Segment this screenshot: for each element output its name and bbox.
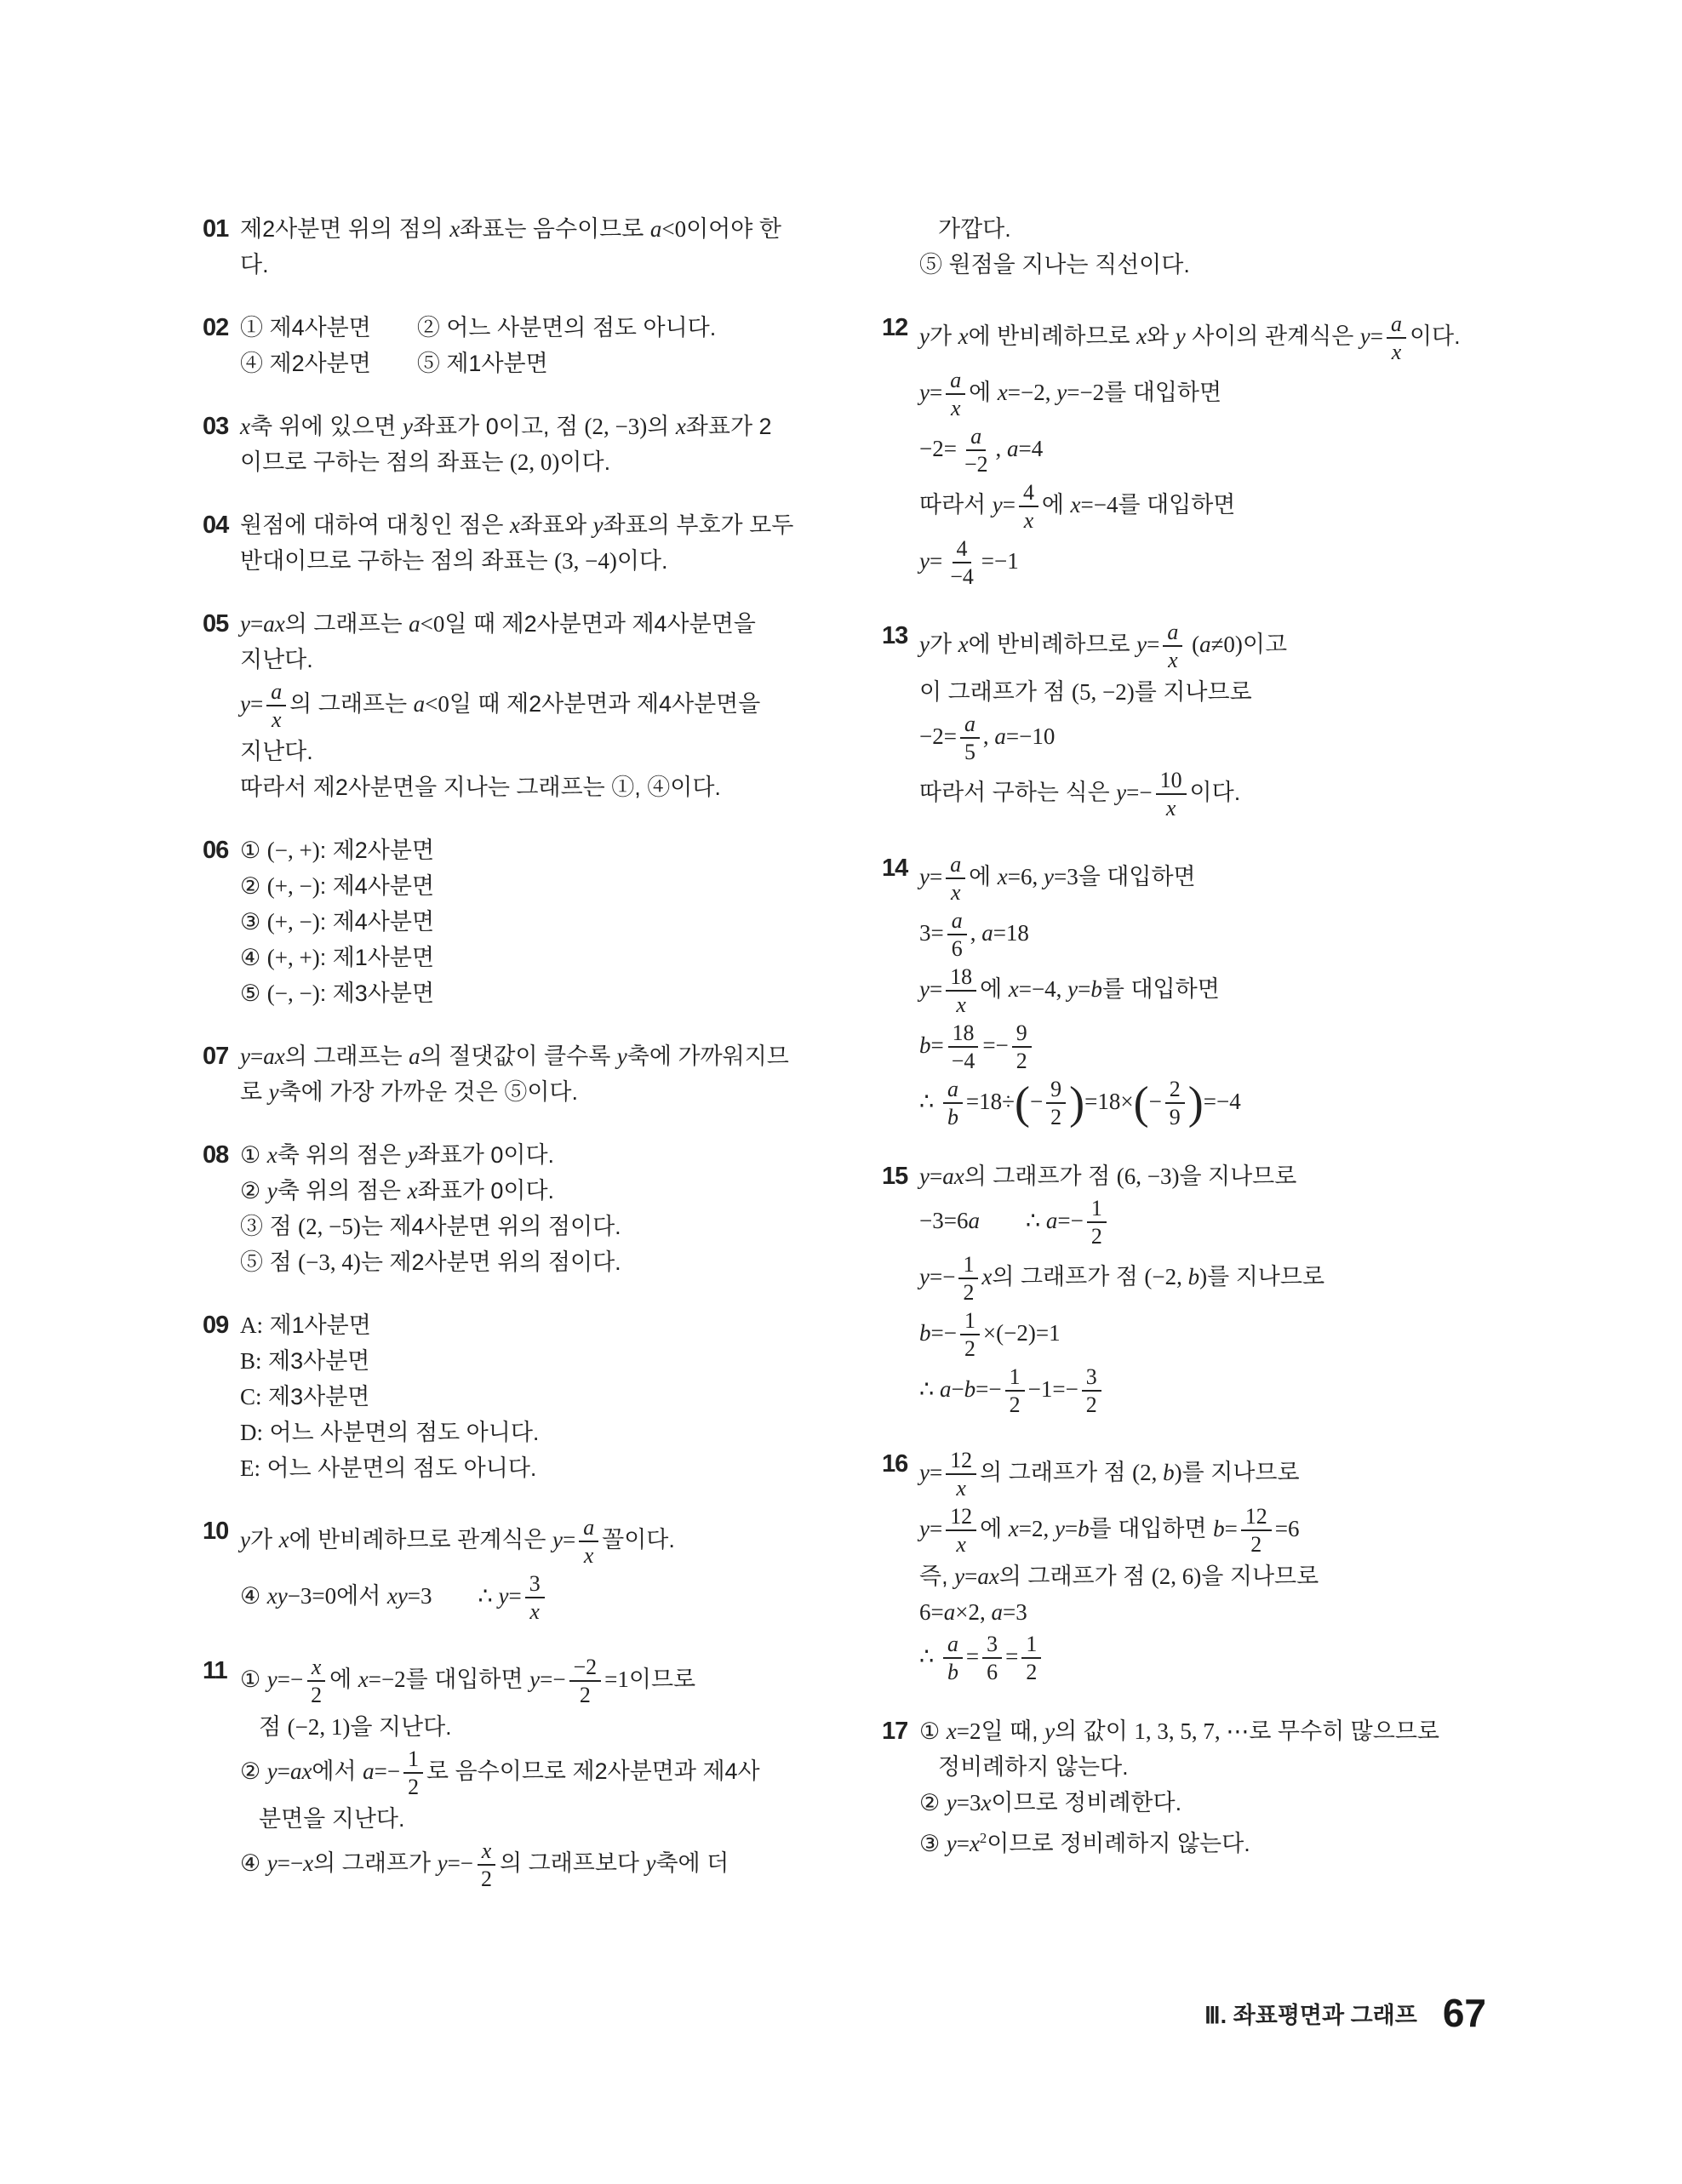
math-text: a=− — [363, 1758, 400, 1784]
solution-line: y=ax에 x=−2, y=−2를 대입하면 — [919, 366, 1486, 422]
text-run: : 제4사분면 — [320, 909, 434, 935]
text-run: : 제3사분면 — [320, 981, 434, 1006]
fraction-numerator: a — [946, 368, 965, 395]
text-run: 의 그래프가 점 — [992, 1264, 1144, 1289]
solutions-column-left: 01제2사분면 위의 점의 x좌표는 음수이므로 a<0이어야 한다.02① 제… — [203, 211, 807, 1920]
math-text: (−2, 1) — [288, 1714, 351, 1740]
fraction-numerator: 1 — [958, 1252, 978, 1279]
fraction-denominator: 2 — [1021, 1659, 1041, 1684]
math-text: x — [1136, 323, 1147, 349]
text-run: 을 지나므로 — [1201, 1564, 1319, 1589]
solution-line: y=ax의 그래프는 a의 절댓값이 클수록 y축에 가까워지므 — [240, 1038, 807, 1074]
fraction-numerator: 1 — [1005, 1364, 1025, 1392]
solution-line: ④ xy−3=0에서 xy=3 ∴ y=3x — [240, 1569, 807, 1626]
math-text: ∴ a=− — [1026, 1208, 1084, 1233]
text-run: 를 지나므로 — [1182, 1460, 1300, 1485]
fraction-numerator: a — [943, 1632, 963, 1659]
text-run: 제3사분면 — [262, 1384, 370, 1409]
solution-line: y=ax의 그래프는 a<0일 때 제2사분면과 제4사분면을 — [240, 677, 807, 734]
big-paren: ) — [1188, 1077, 1204, 1128]
fraction-denominator: x — [525, 1598, 544, 1624]
math-text: x — [267, 1142, 277, 1168]
text-run: 를 대입하면 — [1102, 976, 1220, 1002]
math-text: , a=4 — [996, 436, 1044, 461]
fraction-denominator: x — [1020, 507, 1038, 533]
text-run: 가 — [930, 323, 958, 349]
text-run: ④ 제2사분면 ⑤ 제1사분면 — [240, 351, 548, 376]
fraction-numerator: 3 — [1082, 1364, 1101, 1392]
math-text: y= — [552, 1527, 575, 1552]
text-run: 축에 가까워지므 — [627, 1043, 789, 1069]
math-text: y=− — [267, 1667, 303, 1692]
text-run: 좌표와 — [520, 512, 593, 538]
math-text: (2, −5) — [298, 1214, 361, 1239]
text-run: 에 반비례하므로 — [969, 323, 1137, 349]
math-text: (+, −) — [267, 873, 320, 899]
fraction-denominator: 9 — [1165, 1104, 1185, 1129]
math-text: (−3, 4) — [298, 1249, 361, 1275]
item-body: y가 x에 반비례하므로 관계식은 y=ax꼴이다.④ xy−3=0에서 xy=… — [240, 1513, 807, 1626]
solution-line: y=18x에 x=−4, y=b를 대입하면 — [919, 963, 1486, 1019]
math-text: y=ax — [267, 1758, 312, 1784]
solution-line: y=ax의 그래프가 점 (6, −3)을 지나므로 — [919, 1158, 1486, 1194]
text-run: 의 절댓값이 클수록 — [420, 1043, 617, 1069]
text-run: ② — [240, 1178, 267, 1203]
text-run: ② — [240, 873, 267, 899]
text-run: : 제1사분면 — [320, 945, 434, 970]
math-text: (+, +) — [267, 945, 320, 970]
text-run: 로 무수히 많으므로 — [1249, 1718, 1439, 1744]
text-run: 가 — [930, 632, 958, 657]
solution-item-01: 01제2사분면 위의 점의 x좌표는 음수이므로 a<0이어야 한다. — [203, 211, 807, 283]
fraction-numerator: 12 — [946, 1448, 976, 1475]
math-text: y — [617, 1043, 627, 1069]
text-run: 분면을 지난다. — [259, 1806, 405, 1832]
fraction-denominator: 2 — [403, 1774, 423, 1799]
text-run: 의 그래프가 점 — [999, 1564, 1152, 1589]
solution-line: ② (+, −): 제4사분면 — [240, 868, 807, 904]
fraction: 18−4 — [947, 1021, 980, 1073]
text-run: 로 음수이므로 제2사분면과 제4사 — [426, 1758, 760, 1784]
solution-line: 제2사분면 위의 점의 x좌표는 음수이므로 a<0이어야 한 — [240, 211, 807, 247]
solution-line: ④ (+, +): 제1사분면 — [240, 940, 807, 975]
item-number: 04 — [203, 507, 240, 579]
fraction-numerator: a — [943, 1077, 963, 1104]
fraction: 4−4 — [946, 536, 978, 589]
fraction-denominator: x — [947, 395, 965, 420]
text-run: 가 — [250, 1527, 279, 1552]
solutions-column-right: 가깝다.⑤ 원점을 지나는 직선이다.12y가 x에 반비례하므로 x와 y 사… — [882, 211, 1486, 1889]
text-run: 좌표의 부호가 모두 — [604, 512, 794, 538]
fraction-denominator: x — [1164, 647, 1182, 672]
solution-line: ∴ ab=36=12 — [919, 1630, 1486, 1686]
text-run: 의 그래프는 — [285, 1043, 409, 1069]
math-text: (−2, b) — [1144, 1264, 1207, 1289]
item-number: 07 — [203, 1038, 240, 1110]
math-text: x — [449, 216, 460, 242]
math-text: x=−4, y=b — [1009, 976, 1102, 1002]
math-text: y — [269, 1079, 279, 1105]
item-body: y=ax에 x=6, y=3을 대입하면3=a6, a=18y=18x에 x=−… — [919, 850, 1486, 1131]
solution-item-07: 07y=ax의 그래프는 a의 절댓값이 클수록 y축에 가까워지므로 y축에 … — [203, 1038, 807, 1110]
fraction-denominator: b — [943, 1659, 963, 1684]
solution-line: b=−12×(−2)=1 — [919, 1306, 1486, 1363]
math-text: x=−2, y=−2 — [998, 380, 1104, 405]
math-text: b= — [919, 1032, 944, 1058]
text-run: 축에 가장 가까운 것은 ⑤이다. — [279, 1079, 578, 1105]
solution-item-11: 11① y=−x2에 x=−2를 대입하면 y=−−22=1이므로점 (−2, … — [203, 1653, 807, 1893]
solution-line: ∴ ab=18÷(−92)=18×(−29)=−4 — [919, 1075, 1486, 1131]
math-text: x — [279, 1527, 289, 1552]
fraction-denominator: b — [943, 1104, 963, 1129]
fraction-denominator: x — [952, 1531, 970, 1557]
math-text: (−, +) — [267, 838, 320, 863]
solution-line: ④ y=−x의 그래프가 y=−x2의 그래프보다 y축에 더 — [240, 1837, 807, 1893]
text-run: 어느 사분면의 점도 아니다. — [263, 1420, 539, 1445]
text-run: 에 — [980, 1516, 1009, 1541]
solution-line: ① (−, +): 제2사분면 — [240, 832, 807, 868]
solution-item-04: 04원점에 대하여 대칭인 점은 x좌표와 y좌표의 부호가 모두반대이므로 구… — [203, 507, 807, 579]
fraction-denominator: 2 — [1082, 1392, 1101, 1417]
math-text: (a≠0) — [1186, 632, 1243, 657]
math-text: =18÷ — [966, 1089, 1015, 1114]
item-number: 09 — [203, 1307, 240, 1486]
solution-line: 따라서 구하는 식은 y=−10x이다. — [919, 766, 1486, 822]
math-text: a<0 — [414, 691, 449, 717]
solution-line: 이므로 구하는 점의 좌표는 (2, 0)이다. — [240, 444, 807, 480]
item-body: 원점에 대하여 대칭인 점은 x좌표와 y좌표의 부호가 모두반대이므로 구하는… — [240, 507, 807, 579]
fraction-numerator: a — [1387, 312, 1406, 339]
solution-line: 3=a6, a=18 — [919, 906, 1486, 963]
solution-line: 지난다. — [240, 734, 807, 769]
text-run: 꼴이다. — [602, 1527, 675, 1552]
math-text: x — [240, 414, 250, 439]
math-text: x — [676, 414, 686, 439]
big-paren: ( — [1015, 1077, 1030, 1128]
fraction-denominator: 2 — [1005, 1392, 1025, 1417]
text-run: ④ — [240, 945, 267, 970]
text-run: 반대이므로 구하는 점의 좌표는 — [240, 548, 554, 574]
item-body: ① x=2일 때, y의 값이 1, 3, 5, 7, ⋯로 무수히 많으므로정… — [919, 1713, 1486, 1861]
page-number: 67 — [1443, 1991, 1486, 2035]
solution-line: y=4−4=−1 — [919, 535, 1486, 591]
item-number — [882, 211, 919, 283]
solution-line: ③ 점 (2, −5)는 제4사분면 위의 점이다. — [240, 1209, 807, 1244]
math-text: y=ax — [240, 611, 285, 637]
fraction-denominator: x — [1387, 339, 1406, 364]
solution-line: y=12x의 그래프가 점 (2, b)를 지나므로 — [919, 1446, 1486, 1502]
math-text: x — [981, 1264, 992, 1289]
math-text: =−1 — [981, 548, 1019, 574]
fraction: ax — [1163, 620, 1182, 672]
math-text: − — [1149, 1089, 1162, 1114]
fraction-denominator: 6 — [982, 1659, 1002, 1684]
text-run: ③ — [919, 1831, 947, 1856]
fraction: ax — [1387, 312, 1406, 364]
fraction: ax — [946, 852, 965, 905]
solution-line: 정비례하지 않는다. — [919, 1749, 1486, 1785]
math-text: ×(−2)=1 — [983, 1320, 1061, 1346]
solution-item-15: 15y=ax의 그래프가 점 (6, −3)을 지나므로−3=6a ∴ a=−1… — [882, 1158, 1486, 1419]
solution-line: −2=a5, a=−10 — [919, 710, 1486, 766]
fraction-numerator: 18 — [946, 964, 976, 992]
item-body: ① 제4사분면 ② 어느 사분면의 점도 아니다.④ 제2사분면 ⑤ 제1사분면 — [240, 310, 807, 381]
fraction-numerator: x — [307, 1655, 326, 1682]
solution-line: E: 어느 사분면의 점도 아니다. — [240, 1450, 807, 1486]
fraction: 12x — [946, 1504, 976, 1557]
fraction: 36 — [982, 1632, 1002, 1684]
text-run: 따라서 — [919, 492, 993, 517]
fraction: 92 — [1046, 1077, 1066, 1129]
fraction: a6 — [947, 908, 967, 961]
fraction-numerator: 4 — [953, 536, 972, 563]
text-run: 이므로 정비례하지 않는다. — [987, 1831, 1250, 1856]
solution-line: ① x=2일 때, y의 값이 1, 3, 5, 7, ⋯로 무수히 많으므로 — [919, 1713, 1486, 1749]
solution-line: ③ y=x2이므로 정비례하지 않는다. — [919, 1821, 1486, 1861]
text-run: 에서 — [312, 1758, 363, 1784]
math-text: a<0 — [409, 611, 444, 637]
text-run: 을 지난다. — [350, 1714, 451, 1740]
fraction-numerator: 4 — [1019, 480, 1038, 507]
text-run: ① — [919, 1718, 947, 1744]
solution-item-09: 09A: 제1사분면B: 제3사분면C: 제3사분면D: 어느 사분면의 점도 … — [203, 1307, 807, 1486]
math-text: (2, 6) — [1152, 1564, 1202, 1589]
page-footer: Ⅲ. 좌표평면과 그래프67 — [882, 1990, 1486, 2036]
math-text: −2= — [919, 436, 957, 461]
solution-line: 따라서 y=4x에 x=−4를 대입하면 — [919, 478, 1486, 535]
math-text: x — [958, 323, 969, 349]
text-run: 의 — [647, 414, 676, 439]
fraction-denominator: x — [1162, 795, 1181, 820]
text-run: 이 그래프가 점 — [919, 679, 1072, 705]
text-run: 축 위의 점은 — [277, 1142, 408, 1168]
fraction: a−2 — [960, 424, 993, 477]
solution-line: ① x축 위의 점은 y좌표가 0이다. — [240, 1137, 807, 1173]
text-run: 에 — [1042, 492, 1071, 517]
text-run — [432, 1583, 478, 1609]
fraction-denominator: 2 — [1087, 1223, 1107, 1249]
text-run: 이어야 한 — [686, 216, 781, 242]
item-body: y=12x의 그래프가 점 (2, b)를 지나므로y=12x에 x=2, y=… — [919, 1446, 1486, 1686]
text-run — [980, 1208, 1026, 1233]
text-run: ② — [919, 1790, 947, 1815]
fraction-denominator: 2 — [477, 1866, 496, 1891]
solution-item-02: 02① 제4사분면 ② 어느 사분면의 점도 아니다.④ 제2사분면 ⑤ 제1사… — [203, 310, 807, 381]
text-run: 이다. — [1410, 323, 1461, 349]
text-run: 을 대입하면 — [1078, 864, 1196, 889]
math-text: x=−2 — [358, 1667, 406, 1692]
text-run: 좌표는 음수이므로 — [460, 216, 650, 242]
math-text: (5, −2) — [1072, 679, 1135, 705]
math-text: y=3x — [947, 1790, 992, 1815]
math-text: y= — [919, 864, 942, 889]
solution-line: ② y=3x이므로 정비례한다. — [919, 1785, 1486, 1821]
text-run: 좌표가 0이다. — [418, 1178, 554, 1203]
text-run: ① — [240, 838, 267, 863]
fraction-numerator: −2 — [569, 1655, 602, 1682]
fraction: 10x — [1156, 768, 1187, 820]
fraction-denominator: −4 — [946, 563, 978, 589]
item-number: 02 — [203, 310, 240, 381]
text-run: 에 — [329, 1667, 358, 1692]
solution-line: A: 제1사분면 — [240, 1307, 807, 1343]
math-text: y — [403, 414, 413, 439]
math-text: x=2, y=b — [1009, 1516, 1090, 1541]
math-text: y= — [240, 691, 263, 717]
solution-line: ② y=ax에서 a=−12로 음수이므로 제2사분면과 제4사 — [240, 1745, 807, 1801]
math-text: (2, −3) — [584, 414, 647, 439]
solution-line: ② y축 위의 점은 x좌표가 0이다. — [240, 1173, 807, 1209]
math-text: x — [408, 1178, 418, 1203]
math-text: y= — [919, 380, 942, 405]
fraction: 4x — [1019, 480, 1038, 533]
solution-line: 가깝다. — [919, 211, 1486, 247]
text-run: 제3사분면 — [262, 1348, 370, 1374]
fraction-numerator: a — [266, 679, 286, 706]
math-text: (2, b) — [1132, 1460, 1182, 1485]
math-text: =1 — [604, 1667, 629, 1692]
solution-line: ∴ a−b=−12−1=−32 — [919, 1363, 1486, 1419]
math-text: , a=18 — [970, 920, 1029, 946]
solution-item-12: 12y가 x에 반비례하므로 x와 y 사이의 관계식은 y=ax이다.y=ax… — [882, 310, 1486, 591]
fraction-denominator: 2 — [1246, 1531, 1266, 1557]
fraction: 12 — [960, 1308, 980, 1361]
math-text: y=− — [919, 1264, 955, 1289]
fraction-denominator: x — [952, 1475, 970, 1501]
math-text: −1=− — [1028, 1376, 1078, 1402]
page: { "colors": {"text": "#222222", "backgro… — [0, 0, 1682, 2184]
math-text: y — [240, 1527, 250, 1552]
solution-line: y=12x에 x=2, y=b를 대입하면 b=122=6 — [919, 1502, 1486, 1558]
item-body: y가 x에 반비례하므로 y=ax (a≠0)이고이 그래프가 점 (5, −2… — [919, 618, 1486, 822]
item-number: 11 — [203, 1653, 240, 1893]
fraction-numerator: 1 — [1087, 1196, 1107, 1223]
math-text: a<0 — [650, 216, 686, 242]
solution-line: 이 그래프가 점 (5, −2)를 지나므로 — [919, 674, 1486, 710]
item-body: 제2사분면 위의 점의 x좌표는 음수이므로 a<0이어야 한다. — [240, 211, 807, 283]
text-run: : 제4사분면 — [320, 873, 434, 899]
item-number: 14 — [882, 850, 919, 1131]
fraction: ax — [266, 679, 286, 732]
solution-line: 다. — [240, 247, 807, 283]
item-body: y=ax의 그래프는 a<0일 때 제2사분면과 제4사분면을지난다.y=ax의… — [240, 606, 807, 805]
math-text: y= — [993, 492, 1015, 517]
math-text: y — [1044, 1718, 1055, 1744]
text-run: 일 때 제2사분면과 제4사분면을 — [449, 691, 761, 717]
math-text: ∴ — [919, 1644, 940, 1669]
math-text: (+, −) — [267, 909, 320, 935]
math-text: y=− — [438, 1850, 473, 1876]
fraction-denominator: x — [267, 706, 286, 732]
solution-line: −2=a−2, a=4 — [919, 422, 1486, 478]
text-run: 정비례하지 않는다. — [938, 1754, 1129, 1780]
roman-label: B: — [240, 1348, 262, 1374]
math-text: y= — [1360, 323, 1383, 349]
item-number: 17 — [882, 1713, 919, 1861]
solution-item-16: 16y=12x의 그래프가 점 (2, b)를 지나므로y=12x에 x=2, … — [882, 1446, 1486, 1686]
item-number: 10 — [203, 1513, 240, 1626]
text-run: 지난다. — [240, 739, 313, 764]
math-text: y= — [919, 976, 942, 1002]
fraction-numerator: 2 — [1165, 1077, 1185, 1104]
fraction: 32 — [1082, 1364, 1101, 1417]
solution-line: y=−12x의 그래프가 점 (−2, b)를 지나므로 — [919, 1250, 1486, 1306]
fraction-numerator: x — [478, 1838, 496, 1866]
math-text: y=ax — [954, 1564, 999, 1589]
fraction-denominator: 2 — [1046, 1104, 1066, 1129]
item-body: ① (−, +): 제2사분면② (+, −): 제4사분면③ (+, −): … — [240, 832, 807, 1011]
item-number: 06 — [203, 832, 240, 1011]
text-run: ④ — [240, 1850, 267, 1876]
math-text: (−, −) — [267, 981, 320, 1006]
text-run: ③ — [240, 909, 267, 935]
fraction: 29 — [1165, 1077, 1185, 1129]
math-text: (6, −3) — [1117, 1163, 1180, 1189]
math-text: xy=3 — [387, 1583, 432, 1609]
math-text: −3=6a — [919, 1208, 980, 1233]
math-text: y — [593, 512, 604, 538]
fraction: 3x — [525, 1571, 545, 1624]
solution-line: ① y=−x2에 x=−2를 대입하면 y=−−22=1이므로 — [240, 1653, 807, 1709]
fraction-numerator: 12 — [1241, 1504, 1272, 1531]
text-run: ⑤ 점 — [240, 1249, 298, 1275]
text-run: 다. — [240, 252, 269, 277]
fraction-denominator: 2 — [958, 1279, 978, 1305]
fraction: x2 — [477, 1838, 496, 1891]
solution-item-05: 05y=ax의 그래프는 a<0일 때 제2사분면과 제4사분면을지난다.y=a… — [203, 606, 807, 805]
fraction: 18x — [946, 964, 976, 1017]
text-run: 제2사분면 위의 점의 — [240, 216, 449, 242]
math-text: y — [267, 1178, 277, 1203]
math-text: ∴ — [919, 1089, 940, 1114]
fraction: ax — [946, 368, 965, 420]
text-run: ① — [240, 1142, 267, 1168]
math-text: − — [1030, 1089, 1043, 1114]
math-text: y= — [919, 548, 942, 574]
math-text: y=−x — [267, 1850, 313, 1876]
big-paren: ( — [1134, 1077, 1149, 1128]
item-number: 16 — [882, 1446, 919, 1686]
math-text: a — [409, 1043, 420, 1069]
math-text: y — [645, 1850, 655, 1876]
text-run: 를 대입하면 — [406, 1667, 529, 1692]
solution-line: C: 제3사분면 — [240, 1379, 807, 1415]
text-run: ⑤ 원점을 지나는 직선이다. — [919, 252, 1190, 277]
text-run: 어느 사분면의 점도 아니다. — [260, 1455, 536, 1481]
text-run: 의 그래프는 — [289, 691, 413, 717]
text-run: 의 값이 — [1055, 1718, 1134, 1744]
math-text: y=− — [1116, 780, 1152, 806]
text-run: 원점에 대하여 대칭인 점은 — [240, 512, 510, 538]
text-run: 이다. — [559, 449, 610, 475]
text-run: 를 지나므로 — [1135, 679, 1252, 705]
math-text: y — [1176, 323, 1186, 349]
item-body: A: 제1사분면B: 제3사분면C: 제3사분면D: 어느 사분면의 점도 아니… — [240, 1307, 807, 1486]
solution-line: B: 제3사분면 — [240, 1343, 807, 1379]
fraction-numerator: 12 — [946, 1504, 976, 1531]
roman-label: E: — [240, 1455, 260, 1481]
solution-item-continuation: 가깝다.⑤ 원점을 지나는 직선이다. — [882, 211, 1486, 283]
math-text: y= — [919, 1460, 942, 1485]
solution-line: 분면을 지난다. — [240, 1801, 807, 1837]
math-text: y — [919, 632, 930, 657]
math-text: y=− — [529, 1667, 565, 1692]
text-run: 을 지나므로 — [1179, 1163, 1296, 1189]
text-run: 를 지나므로 — [1207, 1264, 1324, 1289]
fraction-numerator: 1 — [403, 1747, 423, 1774]
item-number: 12 — [882, 310, 919, 591]
fraction: 12 — [1087, 1196, 1107, 1249]
